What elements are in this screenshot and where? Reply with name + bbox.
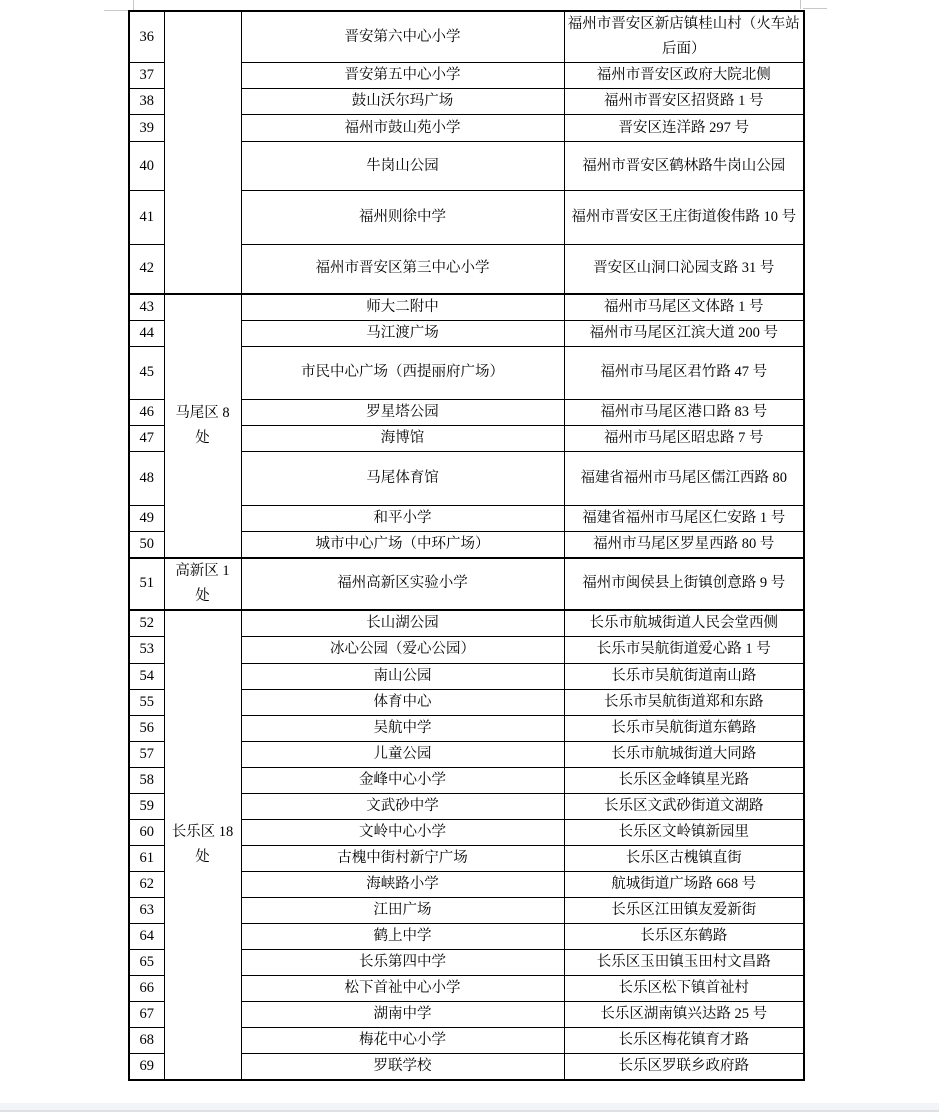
location-name-cell: 南山公园 xyxy=(241,663,564,689)
address-cell: 福州市马尾区港口路 83 号 xyxy=(564,399,804,425)
location-name-cell: 福州则徐中学 xyxy=(241,191,564,245)
location-name-cell: 吴航中学 xyxy=(241,715,564,741)
row-number-cell: 67 xyxy=(129,1001,164,1027)
row-number-cell: 69 xyxy=(129,1053,164,1080)
address-cell: 长乐市吴航街道南山路 xyxy=(564,663,804,689)
location-name-cell: 师大二附中 xyxy=(241,294,564,321)
row-number-cell: 66 xyxy=(129,975,164,1001)
address-cell: 长乐区松下镇首祉村 xyxy=(564,975,804,1001)
address-cell: 福州市晋安区鹤林路牛岗山公园 xyxy=(564,142,804,191)
location-name-cell: 晋安第六中心小学 xyxy=(241,11,564,63)
address-cell: 福州市马尾区昭忠路 7 号 xyxy=(564,425,804,451)
location-name-cell: 城市中心广场（中环广场） xyxy=(241,531,564,558)
row-number-cell: 55 xyxy=(129,689,164,715)
address-cell: 晋安区连洋路 297 号 xyxy=(564,115,804,142)
table-row: 36晋安第六中心小学福州市晋安区新店镇桂山村（火车站后面） xyxy=(129,11,804,63)
location-name-cell: 海峡路小学 xyxy=(241,871,564,897)
page-boundary-mark-right-horizontal xyxy=(803,8,827,9)
row-number-cell: 50 xyxy=(129,531,164,558)
address-cell: 长乐市航城街道大同路 xyxy=(564,741,804,767)
address-cell: 长乐区罗联乡政府路 xyxy=(564,1053,804,1080)
row-number-cell: 42 xyxy=(129,245,164,294)
location-name-cell: 儿童公园 xyxy=(241,741,564,767)
row-number-cell: 36 xyxy=(129,11,164,63)
location-name-cell: 金峰中心小学 xyxy=(241,767,564,793)
row-number-cell: 45 xyxy=(129,346,164,399)
page-boundary-mark-right-vertical xyxy=(800,0,801,9)
location-name-cell: 江田广场 xyxy=(241,897,564,923)
location-name-cell: 福州高新区实验小学 xyxy=(241,558,564,610)
address-cell: 长乐区文武砂街道文湖路 xyxy=(564,793,804,819)
location-name-cell: 福州市晋安区第三中心小学 xyxy=(241,245,564,294)
location-name-cell: 古槐中街村新宁广场 xyxy=(241,845,564,871)
address-cell: 福州市晋安区招贤路 1 号 xyxy=(564,89,804,115)
location-name-cell: 罗联学校 xyxy=(241,1053,564,1080)
address-cell: 福州市闽侯县上街镇创意路 9 号 xyxy=(564,558,804,610)
address-cell: 长乐区玉田镇玉田村文昌路 xyxy=(564,949,804,975)
address-cell: 长乐市吴航街道东鹤路 xyxy=(564,715,804,741)
address-cell: 长乐市吴航街道爱心路 1 号 xyxy=(564,636,804,663)
address-cell: 长乐区古槐镇直街 xyxy=(564,845,804,871)
location-name-cell: 鼓山沃尔玛广场 xyxy=(241,89,564,115)
location-name-cell: 长山湖公园 xyxy=(241,610,564,637)
location-name-cell: 和平小学 xyxy=(241,505,564,531)
location-name-cell: 马尾体育馆 xyxy=(241,451,564,505)
row-number-cell: 57 xyxy=(129,741,164,767)
district-cell: 高新区 1 处 xyxy=(164,558,241,610)
row-number-cell: 64 xyxy=(129,923,164,949)
row-number-cell: 39 xyxy=(129,115,164,142)
table-row: 51高新区 1 处福州高新区实验小学福州市闽侯县上街镇创意路 9 号 xyxy=(129,558,804,610)
row-number-cell: 41 xyxy=(129,191,164,245)
address-cell: 长乐区梅花镇育才路 xyxy=(564,1027,804,1053)
page-boundary-mark-left-horizontal xyxy=(104,10,130,11)
location-name-cell: 晋安第五中心小学 xyxy=(241,63,564,89)
address-cell: 晋安区山洞口沁园支路 31 号 xyxy=(564,245,804,294)
location-name-cell: 梅花中心小学 xyxy=(241,1027,564,1053)
location-name-cell: 湖南中学 xyxy=(241,1001,564,1027)
location-name-cell: 马江渡广场 xyxy=(241,320,564,346)
location-name-cell: 松下首祉中心小学 xyxy=(241,975,564,1001)
address-cell: 长乐区湖南镇兴达路 25 号 xyxy=(564,1001,804,1027)
location-name-cell: 罗星塔公园 xyxy=(241,399,564,425)
location-name-cell: 冰心公园（爱心公园） xyxy=(241,636,564,663)
table-row: 52长乐区 18 处长山湖公园长乐市航城街道人民会堂西侧 xyxy=(129,610,804,637)
row-number-cell: 43 xyxy=(129,294,164,321)
location-name-cell: 长乐第四中学 xyxy=(241,949,564,975)
row-number-cell: 68 xyxy=(129,1027,164,1053)
address-cell: 福州市马尾区罗星西路 80 号 xyxy=(564,531,804,558)
address-cell: 福建省福州市马尾区儒江西路 80 xyxy=(564,451,804,505)
row-number-cell: 59 xyxy=(129,793,164,819)
row-number-cell: 62 xyxy=(129,871,164,897)
address-cell: 福州市晋安区王庄街道俊伟路 10 号 xyxy=(564,191,804,245)
table-row: 43马尾区 8 处师大二附中福州市马尾区文体路 1 号 xyxy=(129,294,804,321)
row-number-cell: 44 xyxy=(129,320,164,346)
row-number-cell: 47 xyxy=(129,425,164,451)
location-name-cell: 文岭中心小学 xyxy=(241,819,564,845)
window-bottom-strip xyxy=(0,1103,939,1112)
row-number-cell: 56 xyxy=(129,715,164,741)
location-name-cell: 海博馆 xyxy=(241,425,564,451)
row-number-cell: 61 xyxy=(129,845,164,871)
row-number-cell: 51 xyxy=(129,558,164,610)
row-number-cell: 60 xyxy=(129,819,164,845)
address-cell: 航城街道广场路 668 号 xyxy=(564,871,804,897)
district-cell xyxy=(164,11,241,294)
location-name-cell: 市民中心广场（西提丽府广场） xyxy=(241,346,564,399)
address-cell: 长乐区江田镇友爱新街 xyxy=(564,897,804,923)
address-cell: 福州市马尾区江滨大道 200 号 xyxy=(564,320,804,346)
row-number-cell: 63 xyxy=(129,897,164,923)
address-cell: 长乐区金峰镇星光路 xyxy=(564,767,804,793)
row-number-cell: 38 xyxy=(129,89,164,115)
location-name-cell: 文武砂中学 xyxy=(241,793,564,819)
location-name-cell: 体育中心 xyxy=(241,689,564,715)
row-number-cell: 46 xyxy=(129,399,164,425)
address-cell: 福建省福州市马尾区仁安路 1 号 xyxy=(564,505,804,531)
location-name-cell: 牛岗山公园 xyxy=(241,142,564,191)
row-number-cell: 40 xyxy=(129,142,164,191)
row-number-cell: 52 xyxy=(129,610,164,637)
row-number-cell: 54 xyxy=(129,663,164,689)
locations-table: 36晋安第六中心小学福州市晋安区新店镇桂山村（火车站后面）37晋安第五中心小学福… xyxy=(128,10,805,1081)
address-cell: 福州市马尾区君竹路 47 号 xyxy=(564,346,804,399)
district-cell: 长乐区 18 处 xyxy=(164,610,241,1080)
location-name-cell: 福州市鼓山苑小学 xyxy=(241,115,564,142)
address-cell: 福州市马尾区文体路 1 号 xyxy=(564,294,804,321)
address-cell: 长乐区文岭镇新园里 xyxy=(564,819,804,845)
address-cell: 福州市晋安区新店镇桂山村（火车站后面） xyxy=(564,11,804,63)
address-cell: 长乐市航城街道人民会堂西侧 xyxy=(564,610,804,637)
row-number-cell: 65 xyxy=(129,949,164,975)
row-number-cell: 58 xyxy=(129,767,164,793)
row-number-cell: 49 xyxy=(129,505,164,531)
district-cell: 马尾区 8 处 xyxy=(164,294,241,558)
row-number-cell: 48 xyxy=(129,451,164,505)
address-cell: 长乐区东鹤路 xyxy=(564,923,804,949)
location-name-cell: 鹤上中学 xyxy=(241,923,564,949)
address-cell: 福州市晋安区政府大院北侧 xyxy=(564,63,804,89)
row-number-cell: 37 xyxy=(129,63,164,89)
address-cell: 长乐市吴航街道郑和东路 xyxy=(564,689,804,715)
row-number-cell: 53 xyxy=(129,636,164,663)
